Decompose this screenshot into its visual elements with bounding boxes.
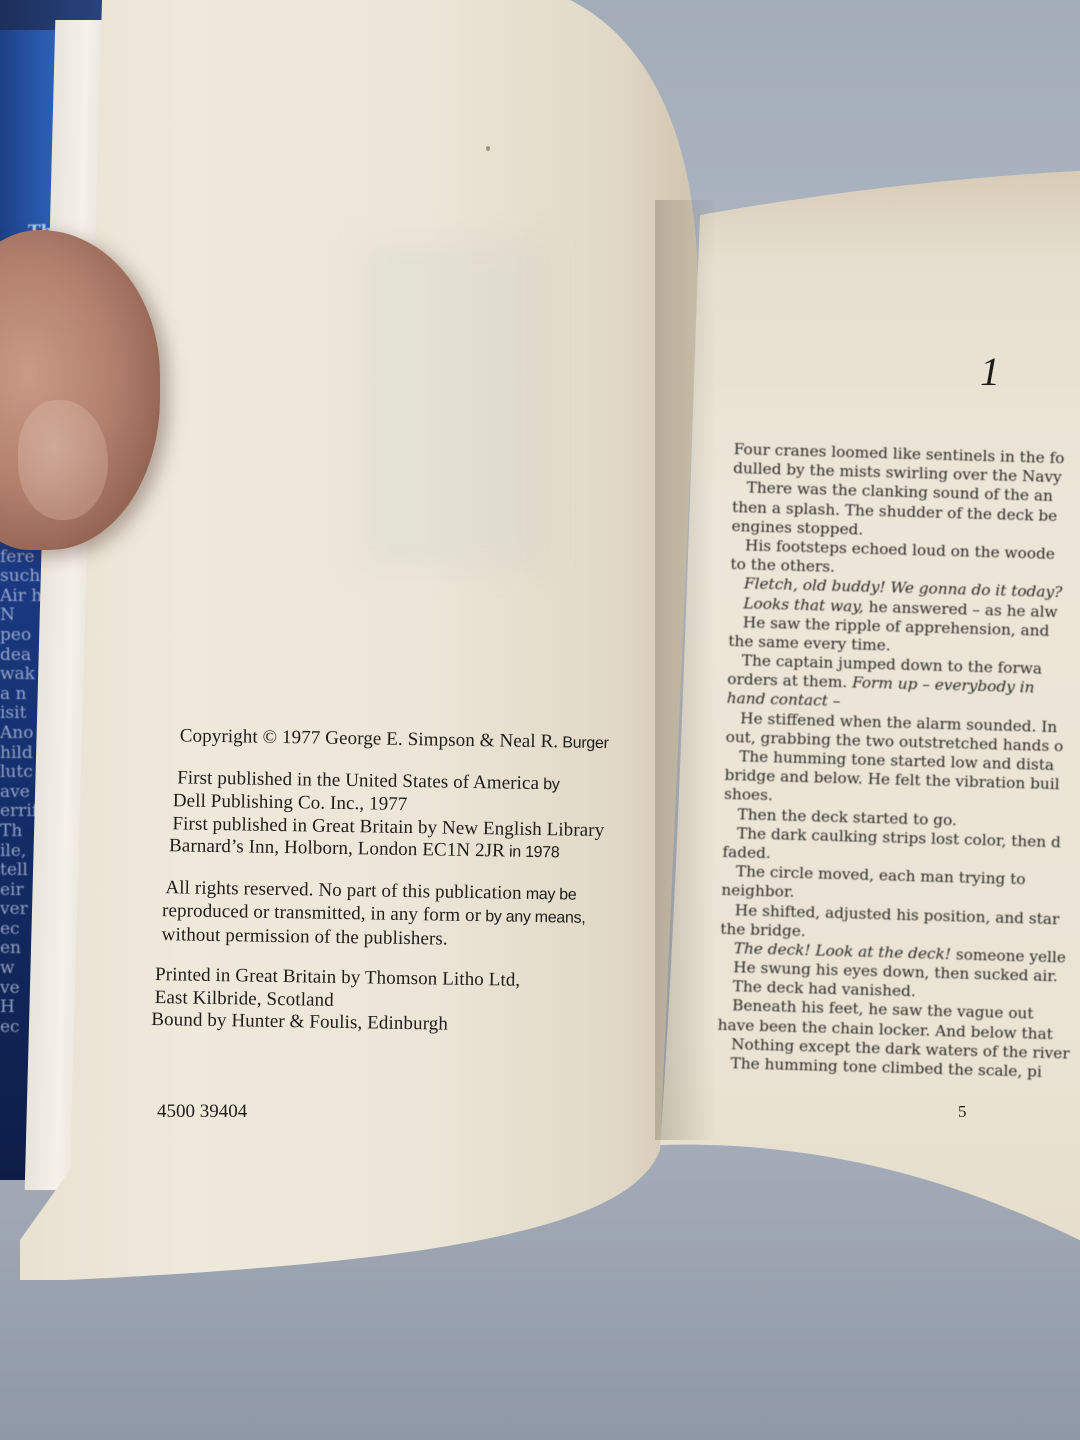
isbn-number: 4500 39404	[157, 1101, 247, 1123]
thumbnail-highlight	[18, 400, 108, 520]
copyright-block: Copyright © 1977 George E. Simpson & Nea…	[150, 725, 635, 1039]
rights-text: without permission of the publishers.	[162, 924, 448, 949]
photo-scene: They the s g nd dis fere such Air h N pe…	[0, 0, 1080, 1440]
rights-small: may be	[521, 885, 576, 903]
rights-text: All rights reserved. No part of this pub…	[165, 877, 522, 904]
page-number: 5	[958, 1102, 967, 1122]
left-page-copyright	[10, 0, 700, 1280]
pub-line-small: by	[539, 776, 560, 793]
pub-line-small: in 1978	[505, 844, 560, 862]
pub-line-text: Barnard’s Inn, Holborn, London EC1N 2JR	[169, 835, 505, 861]
pub-line-text: Dell Publishing Co. Inc., 1977	[173, 790, 408, 815]
rights-text: reproduced or transmitted, in any form o…	[162, 900, 481, 926]
show-through-ghost	[360, 240, 550, 570]
chapter-body-text: Four cranes loomed like sentinels in the…	[716, 440, 1080, 1084]
rights-small: by any means,	[481, 908, 586, 927]
chapter-number: 1	[980, 348, 1000, 395]
pub-line-text: First published in the United States of …	[177, 767, 539, 794]
gutter-shadow	[655, 200, 715, 1140]
paper-speck	[486, 146, 490, 151]
copyright-small: Burger	[558, 734, 609, 752]
